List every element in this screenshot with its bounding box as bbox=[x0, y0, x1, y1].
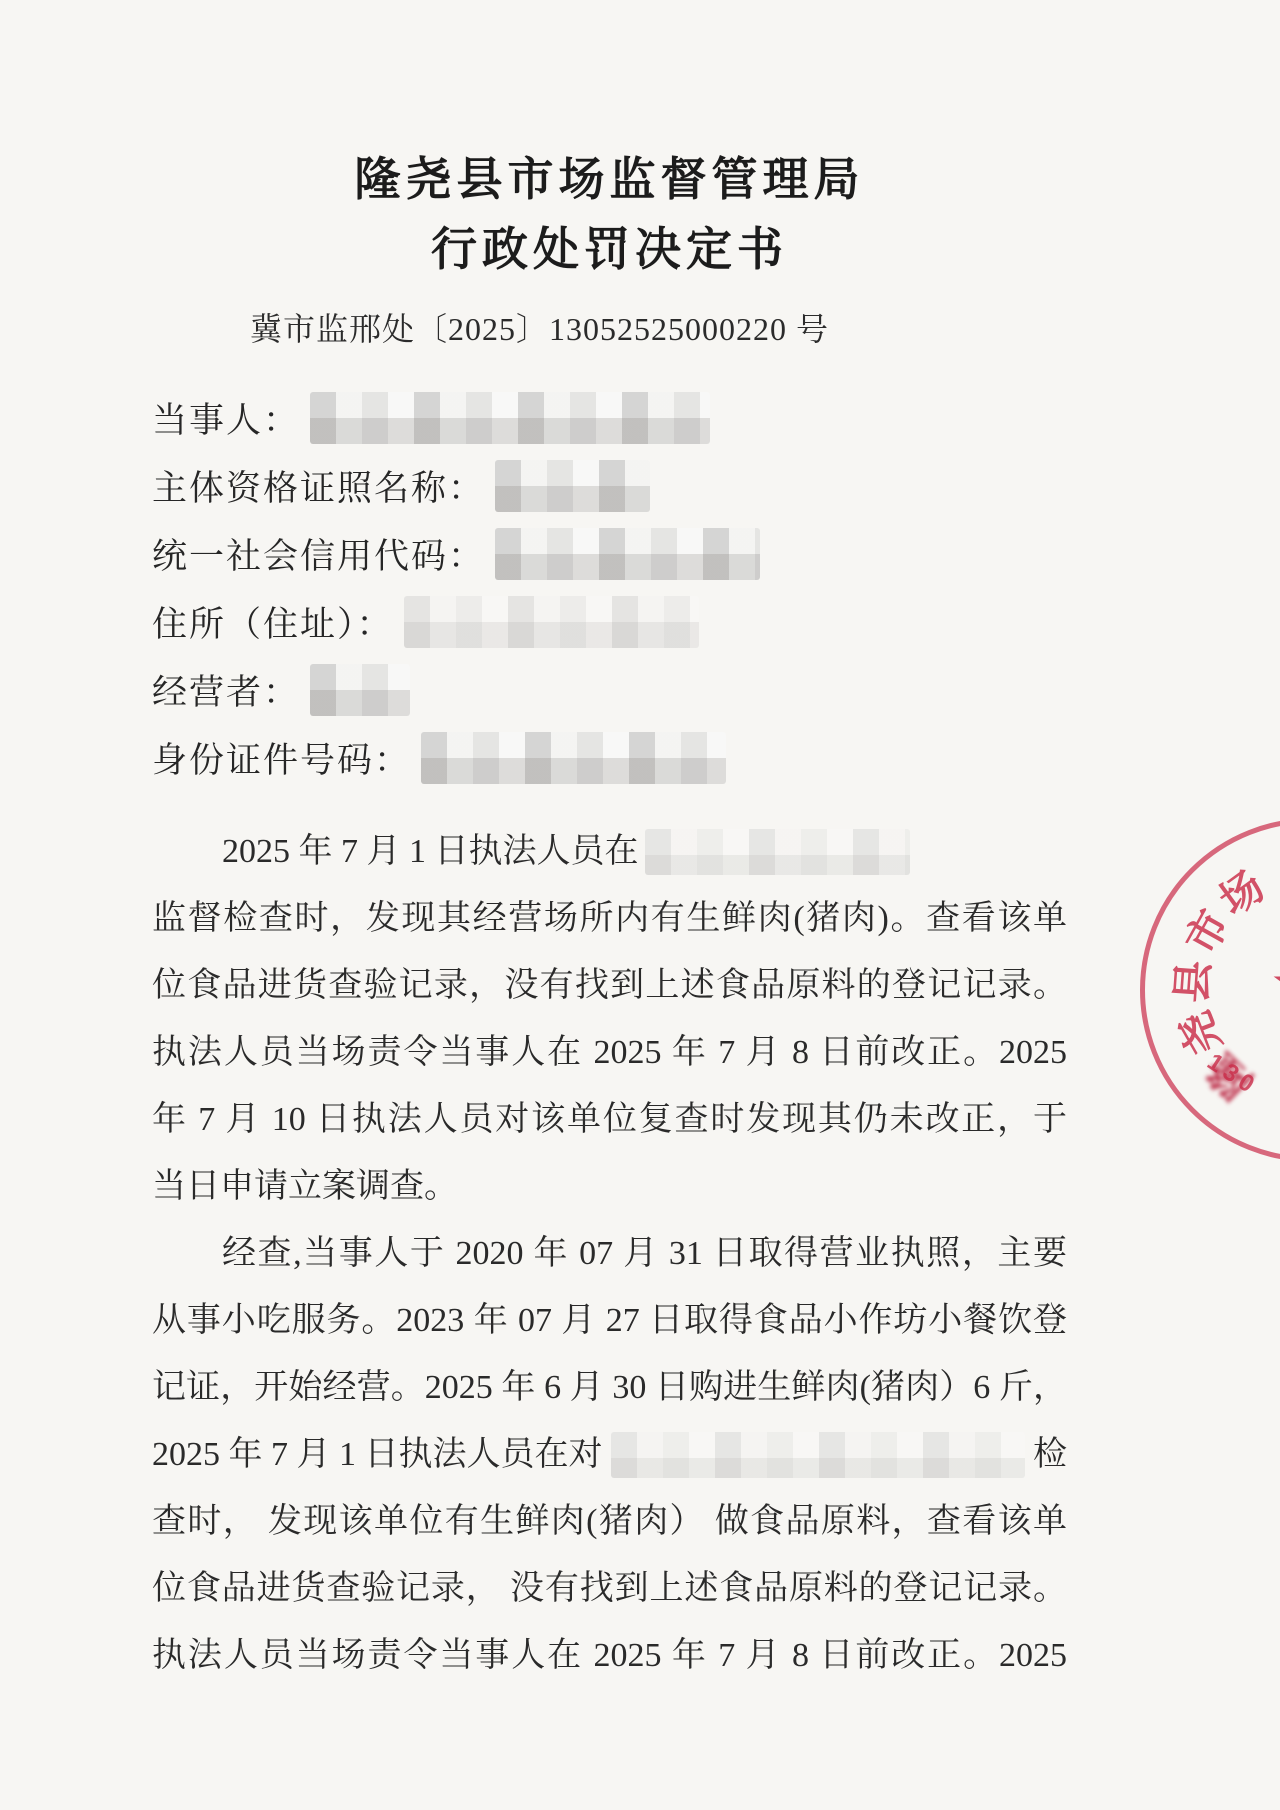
seal-arc-char: 县 bbox=[1170, 957, 1219, 1006]
document-number: 冀市监邢处〔2025〕13052525000220 号 bbox=[250, 311, 829, 347]
redacted-operator-value bbox=[310, 664, 410, 716]
p1-line5: 年 7 月 10 日执法人员对该单位复查时发现其仍未改正，于 bbox=[152, 1086, 1067, 1153]
p2-line7: 执法人员当场责令当事人在 2025 年 7 月 8 日前改正。2025 bbox=[152, 1622, 1067, 1689]
document-title-type: 行政处罚决定书 bbox=[152, 220, 1067, 280]
p1-line4: 执法人员当场责令当事人在 2025 年 7 月 8 日前改正。2025 bbox=[152, 1019, 1067, 1086]
p2-line3: 记证，开始经营。2025 年 6 月 30 日购进生鲜肉(猪肉）6 斤， bbox=[152, 1354, 1067, 1421]
official-seal-stamp: 隆 尧 县 市 场 ★ 130 bbox=[1140, 818, 1280, 1162]
p2-line2: 从事小吃服务。2023 年 07 月 27 日取得食品小作坊小餐饮登 bbox=[152, 1287, 1067, 1354]
redacted-id-number-value bbox=[421, 732, 726, 784]
p1-line1-redacted-segment bbox=[645, 829, 910, 875]
p2-line1: 经查,当事人于 2020 年 07 月 31 日取得营业执照，主要 bbox=[152, 1220, 1067, 1287]
document-number-row: 冀市监邢处〔2025〕13052525000220 号 bbox=[152, 304, 927, 350]
redacted-license-name-value bbox=[495, 460, 650, 512]
p1-line6: 当日申请立案调查。 bbox=[152, 1153, 1067, 1220]
party-info-fields: 当事人： 主体资格证照名称： 统一社会信用代码： 住所（住址）： 经营者： 身份… bbox=[152, 384, 1067, 792]
field-address: 住所（住址）： bbox=[152, 588, 1067, 656]
scanned-penalty-decision-document: 隆尧县市场监督管理局 行政处罚决定书 冀市监邢处〔2025〕1305252500… bbox=[0, 0, 1280, 1810]
p2-line4-text: 2025 年 7 月 1 日执法人员在对 bbox=[152, 1421, 603, 1488]
p1-line1: 2025 年 7 月 1 日执法人员在 bbox=[152, 818, 1067, 885]
p1-line2: 监督检查时，发现其经营场所内有生鲜肉(猪肉)。查看该单 bbox=[152, 885, 1067, 952]
redacted-credit-code-value bbox=[495, 528, 760, 580]
field-license-name: 主体资格证照名称： bbox=[152, 452, 1067, 520]
field-address-label: 住所（住址）： bbox=[152, 597, 394, 647]
field-operator-label: 经营者： bbox=[152, 665, 300, 715]
field-credit-code-label: 统一社会信用代码： bbox=[152, 529, 485, 579]
p2-line4: 2025 年 7 月 1 日执法人员在对 检 bbox=[152, 1421, 1067, 1488]
p2-line5: 查时， 发现该单位有生鲜肉(猪肉） 做食品原料，查看该单 bbox=[152, 1488, 1067, 1555]
p2-line6: 位食品进货查验记录， 没有找到上述食品原料的登记记录。 bbox=[152, 1555, 1067, 1622]
p1-line1-text: 2025 年 7 月 1 日执法人员在 bbox=[222, 818, 639, 885]
seal-star-icon: ★ bbox=[1267, 938, 1280, 1038]
document-text-column: 隆尧县市场监督管理局 行政处罚决定书 冀市监邢处〔2025〕1305252500… bbox=[152, 0, 1067, 1689]
redacted-address-value bbox=[404, 596, 699, 648]
p2-line4-tail: 检 bbox=[1033, 1421, 1067, 1488]
field-party: 当事人： bbox=[152, 384, 1067, 452]
field-credit-code: 统一社会信用代码： bbox=[152, 520, 1067, 588]
field-party-label: 当事人： bbox=[152, 393, 300, 443]
document-title-agency: 隆尧县市场监督管理局 bbox=[152, 150, 1067, 210]
document-body: 2025 年 7 月 1 日执法人员在 监督检查时，发现其经营场所内有生鲜肉(猪… bbox=[152, 818, 1067, 1689]
redacted-party-value bbox=[310, 392, 710, 444]
field-license-name-label: 主体资格证照名称： bbox=[152, 461, 485, 511]
p2-line4-redacted-segment bbox=[611, 1432, 1026, 1478]
field-operator: 经营者： bbox=[152, 656, 1067, 724]
field-id-number-label: 身份证件号码： bbox=[152, 733, 411, 783]
field-id-number: 身份证件号码： bbox=[152, 724, 1067, 792]
p1-line3: 位食品进货查验记录，没有找到上述食品原料的登记记录。 bbox=[152, 952, 1067, 1019]
